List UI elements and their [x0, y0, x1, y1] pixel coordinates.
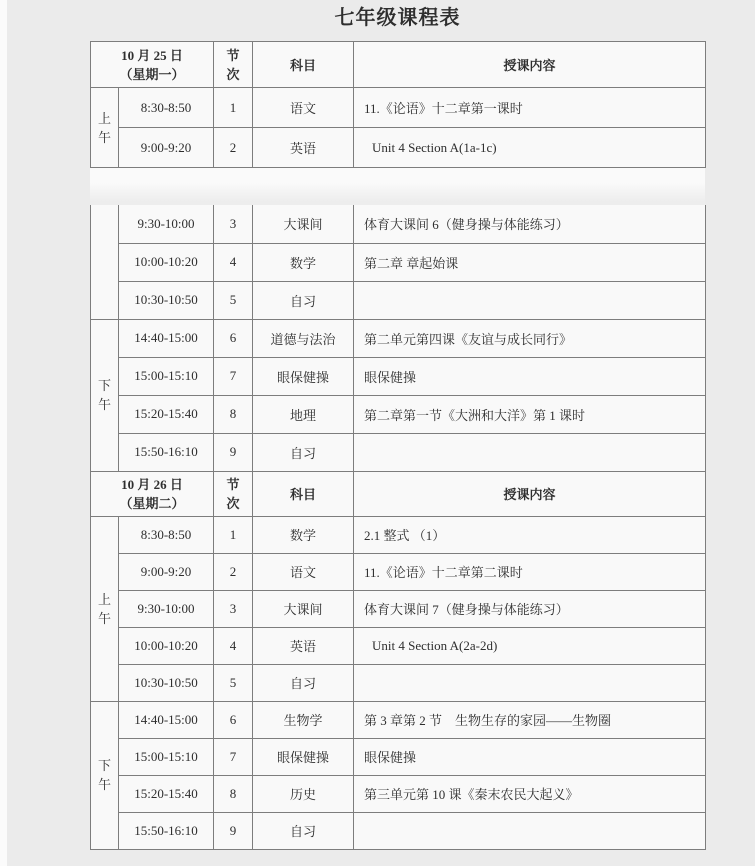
subject-cell: 数学	[253, 243, 354, 281]
content-cell: 2.1 整式 （1）	[354, 516, 706, 553]
content-cell	[354, 433, 706, 471]
table-row: 9:30-10:00 3 大课间 体育大课间 7（健身操与体能练习）	[91, 590, 706, 627]
table-row: 15:20-15:40 8 地理 第二章第一节《大洲和大洋》第 1 课时	[91, 395, 706, 433]
session-number-cell: 4	[214, 627, 253, 664]
session-number-cell: 6	[214, 319, 253, 357]
subject-cell: 自习	[253, 664, 354, 701]
session-column-header: 节次	[214, 471, 253, 516]
content-cell	[354, 812, 706, 849]
content-cell: 11.《论语》十二章第二课时	[354, 553, 706, 590]
day1-morning-period-label: 上午	[91, 88, 119, 168]
session-number-cell: 3	[214, 590, 253, 627]
table-row: 15:20-15:40 8 历史 第三单元第 10 课《秦末农民大起义》	[91, 775, 706, 812]
subject-column-header: 科目	[253, 42, 354, 88]
subject-cell: 自习	[253, 812, 354, 849]
time-cell: 9:00-9:20	[119, 128, 214, 168]
time-cell: 9:30-10:00	[119, 205, 214, 243]
table-row: 9:00-9:20 2 语文 11.《论语》十二章第二课时	[91, 553, 706, 590]
table-row: 15:50-16:10 9 自习	[91, 433, 706, 471]
session-column-header: 节次	[214, 42, 253, 88]
time-cell: 15:20-15:40	[119, 395, 214, 433]
day2-morning-period-label: 上午	[91, 516, 119, 701]
day1-morning-period-empty	[91, 205, 119, 319]
time-cell: 15:50-16:10	[119, 433, 214, 471]
table-row: 上午 8:30-8:50 1 数学 2.1 整式 （1）	[91, 516, 706, 553]
content-cell: 第二章第一节《大洲和大洋》第 1 课时	[354, 395, 706, 433]
table-row: 10:00-10:20 4 数学 第二章 章起始课	[91, 243, 706, 281]
schedule-table-day1-top: 10 月 25 日 （星期一） 节次 科目 授课内容 上午 8:30-8:50 …	[90, 41, 706, 168]
time-cell: 9:30-10:00	[119, 590, 214, 627]
time-cell: 9:00-9:20	[119, 553, 214, 590]
content-cell: 第 3 章第 2 节 生物生存的家园——生物圈	[354, 701, 706, 738]
table-row: 9:30-10:00 3 大课间 体育大课间 6（健身操与体能练习）	[91, 205, 706, 243]
subject-column-header: 科目	[253, 471, 354, 516]
content-cell: 眼保健操	[354, 357, 706, 395]
day1-date-line1: 10 月 25 日	[91, 46, 213, 65]
session-number-cell: 6	[214, 701, 253, 738]
subject-cell: 英语	[253, 128, 354, 168]
content-cell: 体育大课间 7（健身操与体能练习）	[354, 590, 706, 627]
table-row: 15:00-15:10 7 眼保健操 眼保健操	[91, 738, 706, 775]
time-cell: 8:30-8:50	[119, 516, 214, 553]
session-number-cell: 8	[214, 775, 253, 812]
time-cell: 15:20-15:40	[119, 775, 214, 812]
day1-afternoon-period-label: 下午	[91, 319, 119, 471]
subject-cell: 语文	[253, 553, 354, 590]
page-title: 七年级课程表	[90, 1, 705, 30]
content-cell	[354, 281, 706, 319]
time-cell: 15:00-15:10	[119, 738, 214, 775]
subject-cell: 眼保健操	[253, 357, 354, 395]
subject-cell: 道德与法治	[253, 319, 354, 357]
section-gap	[90, 168, 705, 205]
subject-cell: 语文	[253, 88, 354, 128]
content-cell: 眼保健操	[354, 738, 706, 775]
page-edge-artifact	[0, 0, 7, 866]
time-cell: 8:30-8:50	[119, 88, 214, 128]
day2-afternoon-period-label: 下午	[91, 701, 119, 849]
session-number-cell: 4	[214, 243, 253, 281]
table-row: 10:30-10:50 5 自习	[91, 281, 706, 319]
session-number-cell: 9	[214, 433, 253, 471]
day1-date-line2: （星期一）	[91, 65, 213, 84]
subject-cell: 眼保健操	[253, 738, 354, 775]
session-number-cell: 5	[214, 664, 253, 701]
session-number-cell: 1	[214, 516, 253, 553]
schedule-document: 10 月 25 日 （星期一） 节次 科目 授课内容 上午 8:30-8:50 …	[90, 41, 705, 850]
table-row: 下午 14:40-15:00 6 道德与法治 第二单元第四课《友谊与成长同行》	[91, 319, 706, 357]
table-row: 15:50-16:10 9 自习	[91, 812, 706, 849]
table-row: 上午 8:30-8:50 1 语文 11.《论语》十二章第一课时	[91, 88, 706, 128]
subject-cell: 历史	[253, 775, 354, 812]
content-cell: 第二单元第四课《友谊与成长同行》	[354, 319, 706, 357]
time-cell: 14:40-15:00	[119, 319, 214, 357]
content-cell	[354, 664, 706, 701]
table-row: 9:00-9:20 2 英语 Unit 4 Section A(1a-1c)	[91, 128, 706, 168]
time-cell: 10:00-10:20	[119, 627, 214, 664]
day1-date-header: 10 月 25 日 （星期一）	[91, 42, 214, 88]
day2-date-line2: （星期二）	[91, 494, 213, 513]
subject-cell: 自习	[253, 433, 354, 471]
content-cell: Unit 4 Section A(1a-1c)	[354, 128, 706, 168]
subject-cell: 地理	[253, 395, 354, 433]
session-number-cell: 2	[214, 553, 253, 590]
time-cell: 10:30-10:50	[119, 664, 214, 701]
time-cell: 15:00-15:10	[119, 357, 214, 395]
session-number-cell: 7	[214, 738, 253, 775]
subject-cell: 自习	[253, 281, 354, 319]
subject-cell: 大课间	[253, 205, 354, 243]
session-number-cell: 9	[214, 812, 253, 849]
content-cell: 11.《论语》十二章第一课时	[354, 88, 706, 128]
table-row: 15:00-15:10 7 眼保健操 眼保健操	[91, 357, 706, 395]
day2-date-line1: 10 月 26 日	[91, 475, 213, 494]
time-cell: 15:50-16:10	[119, 812, 214, 849]
content-cell: 体育大课间 6（健身操与体能练习）	[354, 205, 706, 243]
table-row: 10:30-10:50 5 自习	[91, 664, 706, 701]
subject-cell: 大课间	[253, 590, 354, 627]
session-number-cell: 7	[214, 357, 253, 395]
time-cell: 10:30-10:50	[119, 281, 214, 319]
session-number-cell: 2	[214, 128, 253, 168]
session-number-cell: 8	[214, 395, 253, 433]
subject-cell: 英语	[253, 627, 354, 664]
session-number-cell: 3	[214, 205, 253, 243]
time-cell: 10:00-10:20	[119, 243, 214, 281]
time-cell: 14:40-15:00	[119, 701, 214, 738]
table-row: 10:00-10:20 4 英语 Unit 4 Section A(2a-2d)	[91, 627, 706, 664]
subject-cell: 数学	[253, 516, 354, 553]
content-column-header: 授课内容	[354, 42, 706, 88]
subject-cell: 生物学	[253, 701, 354, 738]
session-number-cell: 1	[214, 88, 253, 128]
content-cell: 第三单元第 10 课《秦末农民大起义》	[354, 775, 706, 812]
table-row: 下午 14:40-15:00 6 生物学 第 3 章第 2 节 生物生存的家园—…	[91, 701, 706, 738]
session-number-cell: 5	[214, 281, 253, 319]
content-column-header: 授课内容	[354, 471, 706, 516]
content-cell: Unit 4 Section A(2a-2d)	[354, 627, 706, 664]
title-area: 七年级课程表	[0, 0, 755, 41]
schedule-table-continuation: 9:30-10:00 3 大课间 体育大课间 6（健身操与体能练习） 10:00…	[90, 205, 706, 850]
day2-date-header: 10 月 26 日 （星期二）	[91, 471, 214, 516]
content-cell: 第二章 章起始课	[354, 243, 706, 281]
